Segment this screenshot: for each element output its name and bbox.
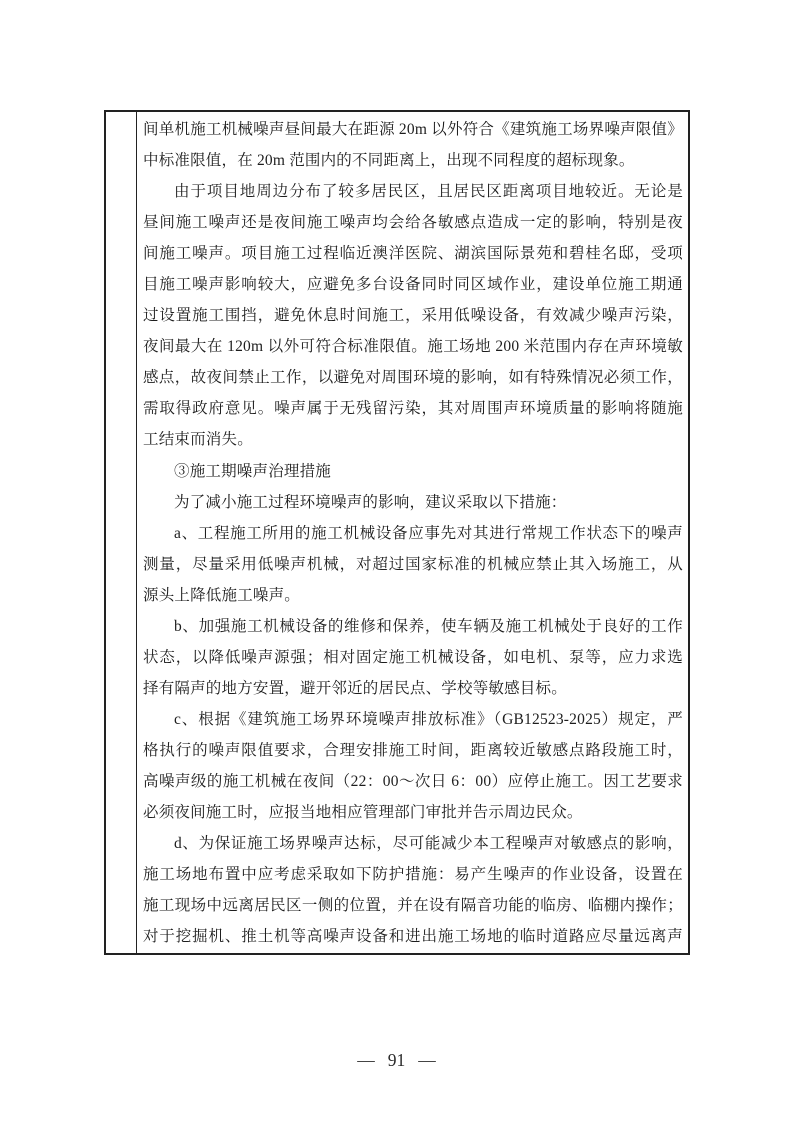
document-page: 间单机施工机械噪声昼间最大在距源 20m 以外符合《建筑施工场界噪声限值》中标准… [0, 0, 793, 1122]
text-line: 高噪声级的施工机械在夜间（22：00～次日 6：00）应停止施工。因工艺要求 [143, 766, 683, 797]
text-line: 择有隔声的地方安置，避开邻近的居民点、学校等敏感目标。 [143, 673, 683, 704]
text-line: 间单机施工机械噪声昼间最大在距源 20m 以外符合《建筑施工场界噪声限值》 [143, 114, 683, 145]
page-number: 91 [388, 1050, 406, 1071]
text-line: 夜间最大在 120m 以外可符合标准限值。施工场地 200 米范围内存在声环境敏 [143, 331, 683, 362]
content-table: 间单机施工机械噪声昼间最大在距源 20m 以外符合《建筑施工场界噪声限值》中标准… [104, 110, 690, 955]
text-line: 中标准限值，在 20m 范围内的不同距离上，出现不同程度的超标现象。 [143, 145, 683, 176]
text-line: 必须夜间施工时，应报当地相应管理部门审批并告示周边民众。 [143, 797, 683, 828]
page-footer: —91— [0, 1050, 793, 1071]
table-stub-column [106, 112, 137, 953]
footer-dash-right: — [418, 1050, 436, 1070]
text-line: 由于项目地周边分布了较多居民区，且居民区距离项目地较近。无论是 [143, 176, 683, 207]
text-line: b、加强施工机械设备的维修和保养，使车辆及施工机械处于良好的工作 [143, 611, 683, 642]
text-line: 对于挖掘机、推土机等高噪声设备和进出施工场地的临时道路应尽量远离声 [143, 921, 683, 952]
text-line: c、根据《建筑施工场界环境噪声排放标准》（GB12523-2025）规定，严 [143, 704, 683, 735]
text-line: 间施工噪声。项目施工过程临近澳洋医院、湖滨国际景苑和碧桂名邸，受项 [143, 238, 683, 269]
text-line: 感点，故夜间禁止工作，以避免对周围环境的影响，如有特殊情况必须工作， [143, 362, 683, 393]
text-line: 源头上降低施工噪声。 [143, 580, 683, 611]
text-line: 过设置施工围挡，避免休息时间施工，采用低噪设备，有效减少噪声污染， [143, 300, 683, 331]
text-line: ③施工期噪声治理措施 [143, 456, 683, 487]
text-line: 测量，尽量采用低噪声机械，对超过国家标准的机械应禁止其入场施工，从 [143, 549, 683, 580]
text-line: 昼间施工噪声还是夜间施工噪声均会给各敏感点造成一定的影响，特别是夜 [143, 207, 683, 238]
text-line: a、工程施工所用的施工机械设备应事先对其进行常规工作状态下的噪声 [143, 518, 683, 549]
text-line: 状态，以降低噪声源强；相对固定施工机械设备，如电机、泵等，应力求选 [143, 642, 683, 673]
text-line: 施工场地布置中应考虑采取如下防护措施：易产生噪声的作业设备，设置在 [143, 859, 683, 890]
text-line: 为了减小施工过程环境噪声的影响，建议采取以下措施： [143, 487, 683, 518]
text-line: 工结束而消失。 [143, 424, 683, 455]
text-line: 需取得政府意见。噪声属于无残留污染，其对周围声环境质量的影响将随施 [143, 393, 683, 424]
text-line: 施工现场中远离居民区一侧的位置，并在设有隔音功能的临房、临棚内操作； [143, 890, 683, 921]
text-line: d、为保证施工场界噪声达标，尽可能减少本工程噪声对敏感点的影响， [143, 828, 683, 859]
text-line: 目施工噪声影响较大，应避免多台设备同时同区域作业，建设单位施工期通 [143, 269, 683, 300]
text-line: 格执行的噪声限值要求，合理安排施工时间，距离较近敏感点路段施工时， [143, 735, 683, 766]
table-body-cell: 间单机施工机械噪声昼间最大在距源 20m 以外符合《建筑施工场界噪声限值》中标准… [137, 112, 688, 953]
footer-dash-left: — [357, 1050, 375, 1070]
